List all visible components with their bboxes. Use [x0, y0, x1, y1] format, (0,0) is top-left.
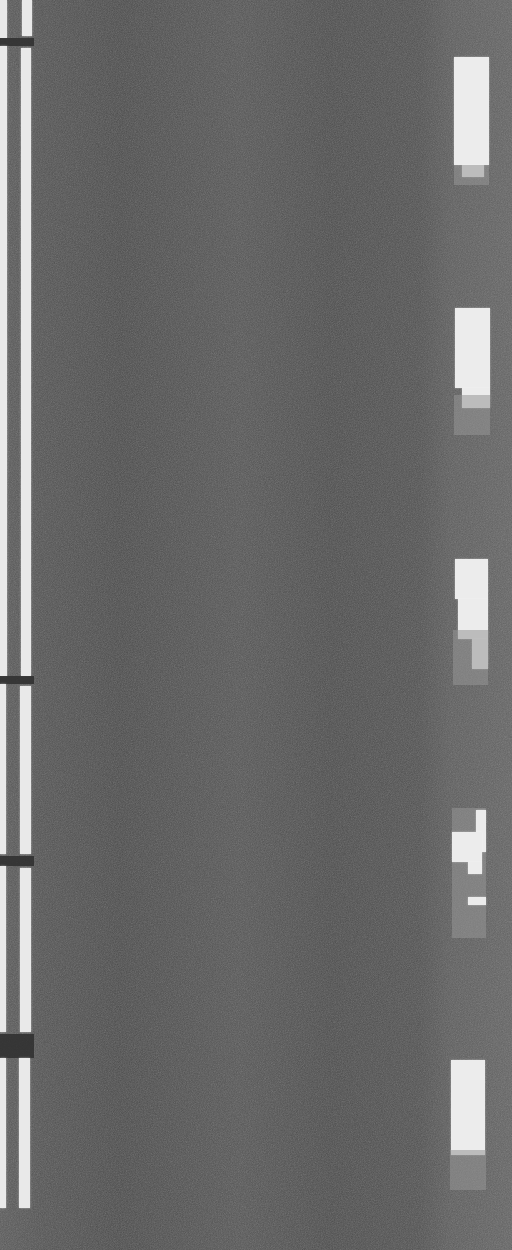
asphalt-texture [0, 0, 512, 1250]
road-surface: Top-down aerial view of an asphalt road … [0, 0, 512, 1250]
